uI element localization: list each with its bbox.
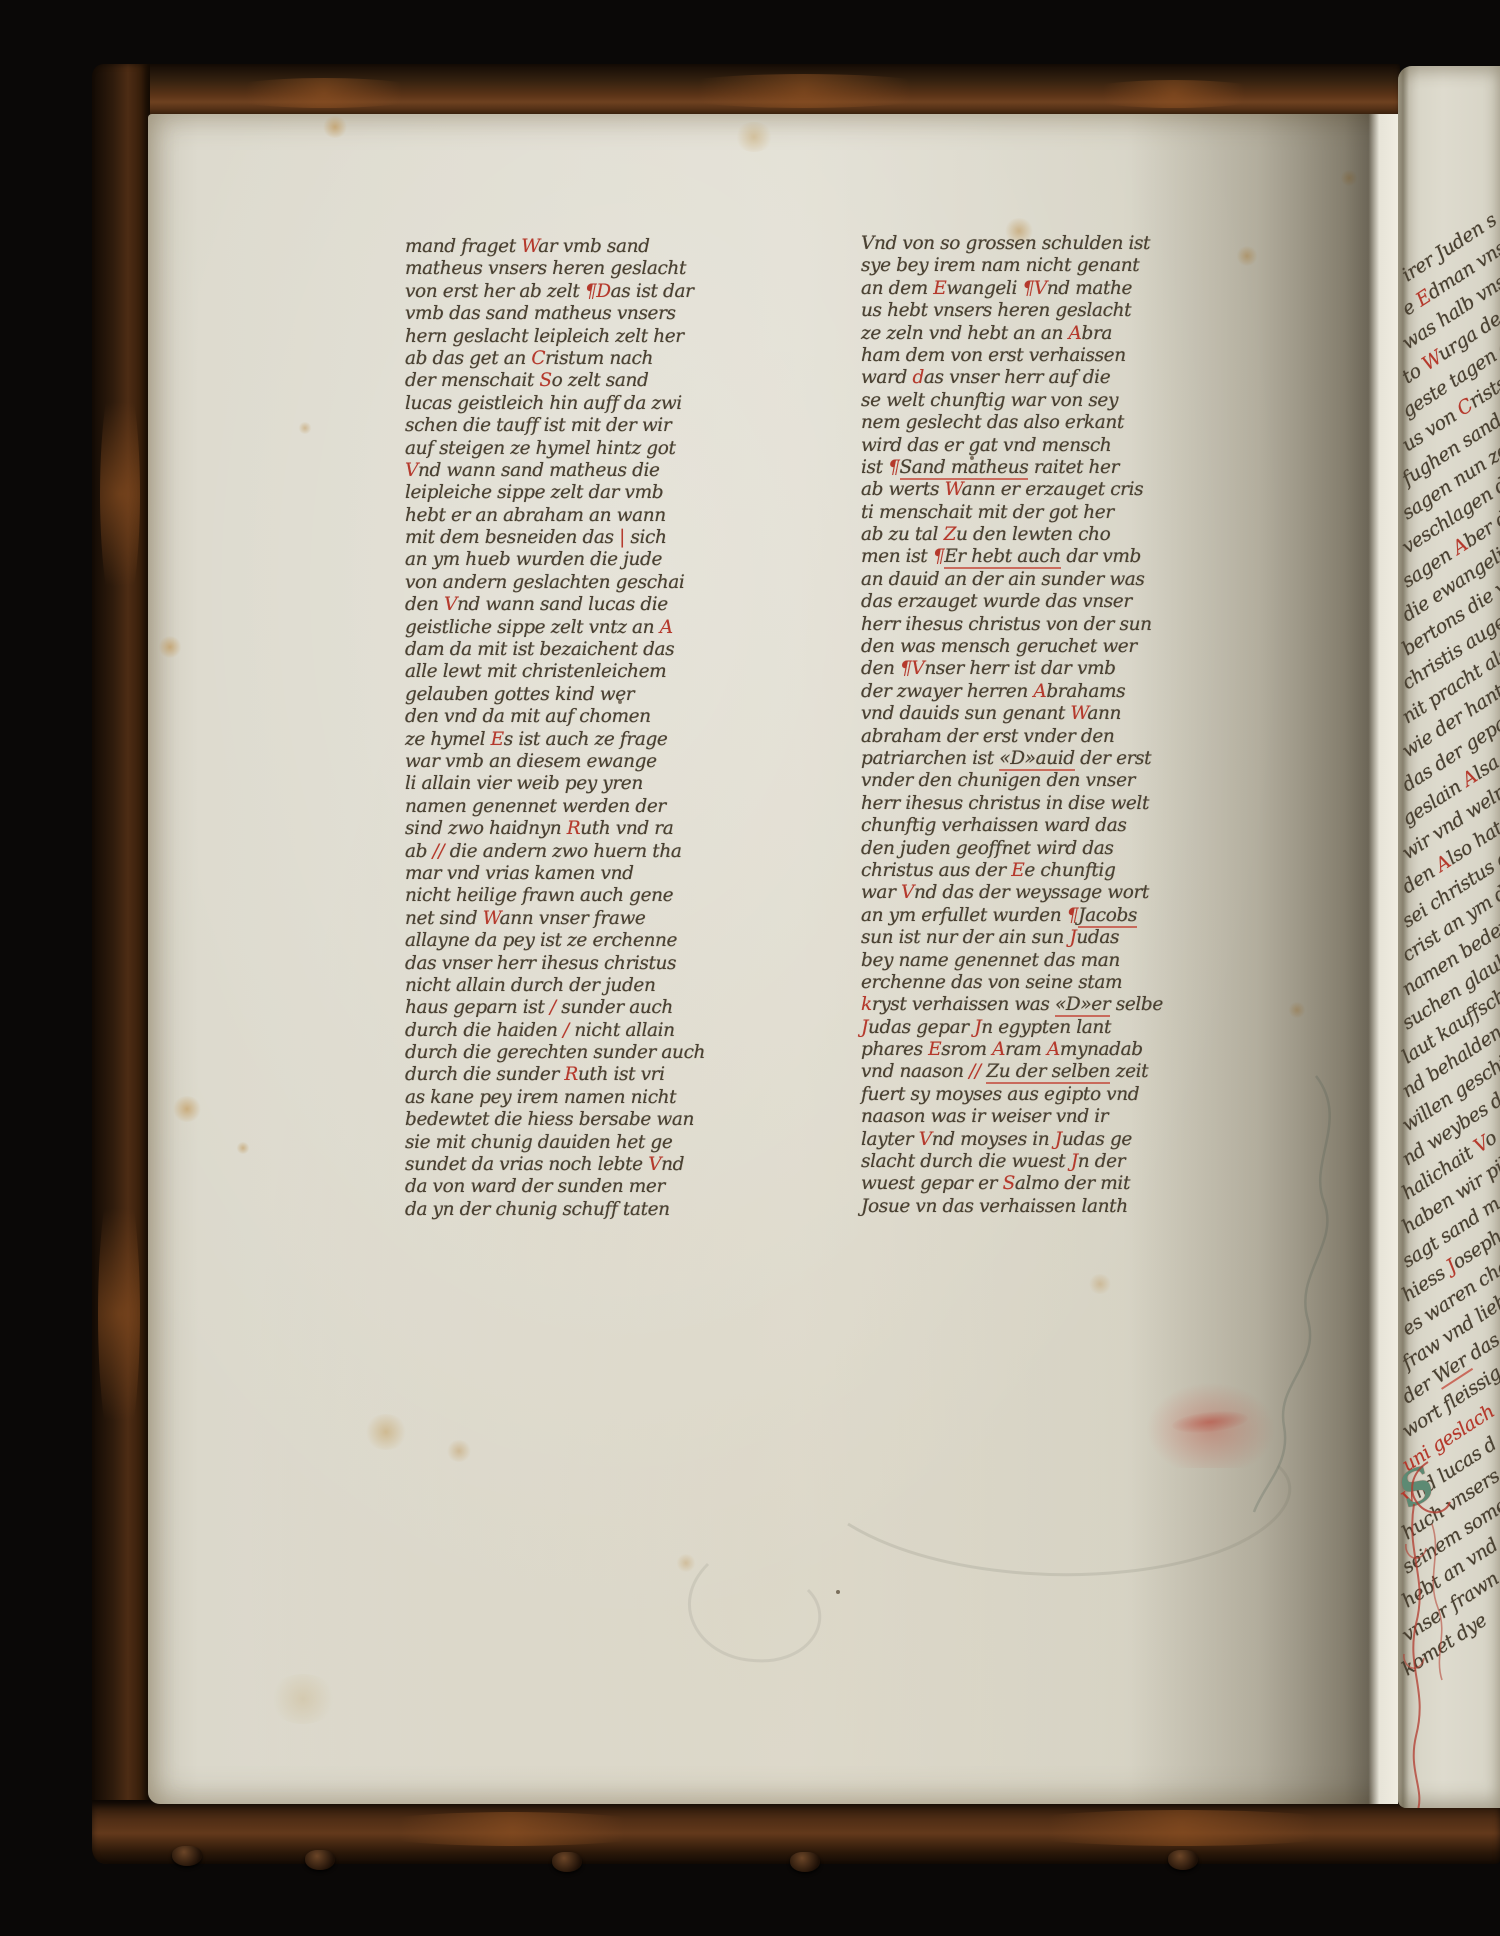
manuscript-line: allayne da pey ist ze erchenne [405, 930, 673, 952]
ink-speck [836, 1590, 840, 1594]
manuscript-line: haus geparn ist / sunder auch [405, 997, 673, 1019]
manuscript-line: fuert sy moyses aus egipto vnd [861, 1084, 1161, 1106]
manuscript-line: ti menschait mit der got her [861, 502, 1161, 524]
manuscript-line: nicht allain durch der juden [405, 975, 673, 997]
manuscript-line: von andern geslachten geschai [405, 572, 673, 594]
manuscript-line: mar vnd vrias kamen vnd [405, 863, 673, 885]
next-leaf: irer Juden se Edman vnswas halb vnsto Wu… [1398, 66, 1500, 1808]
manuscript-line: war Vnd das der weyssage wort [861, 882, 1161, 904]
manuscript-line: der menschait So zelt sand [405, 370, 673, 392]
manuscript-line: christus aus der Ee chunftig [861, 860, 1161, 882]
manuscript-line: patriarchen ist «D»auid der erst [861, 748, 1161, 770]
manuscript-line: us hebt vnsers heren geslacht [861, 300, 1161, 322]
manuscript-line: den vnd da mit auf chomen [405, 706, 673, 728]
manuscript-line: sind zwo haidnyn Ruth vnd ra [405, 818, 673, 840]
manuscript-line: den Vnd wann sand lucas die [405, 594, 673, 616]
manuscript-line: geistliche sippe zelt vntz an A [405, 617, 673, 639]
manuscript-line: leipleiche sippe zelt dar vmb [405, 482, 673, 504]
manuscript-photo: mand fraget War vmb sandmatheus vnsers h… [0, 0, 1500, 1936]
manuscript-line: as kane pey irem namen nicht [405, 1087, 673, 1109]
manuscript-line: ze hymel Es ist auch ze frage [405, 729, 673, 751]
leather-rust-patch [352, 1812, 672, 1846]
manuscript-line: chunftig verhaissen ward das [861, 815, 1161, 837]
manuscript-line: ab werts Wann er erzauget cris [861, 479, 1161, 501]
manuscript-line: den was mensch geruchet wer [861, 636, 1161, 658]
binding-boss [790, 1852, 820, 1872]
foxing-stain [236, 1142, 250, 1154]
manuscript-line: an dem Ewangeli ¶Vnd mathe [861, 278, 1161, 300]
text-column-right: Vnd von so grossen schulden istsye bey i… [861, 233, 1161, 1218]
leather-rust-patch [214, 78, 434, 108]
foxing-stain [322, 116, 348, 138]
manuscript-line: naason was ir weiser vnd ir [861, 1106, 1161, 1128]
manuscript-line: gelauben gottes kind wer [405, 684, 673, 706]
manuscript-line: ze zeln vnd hebt an an Abra [861, 323, 1161, 345]
manuscript-line: phares Esrom Aram Amynadab [861, 1039, 1161, 1061]
foxing-stain [298, 422, 312, 434]
manuscript-line: matheus vnsers heren geslacht [405, 258, 673, 280]
manuscript-line: ab das get an Cristum nach [405, 348, 673, 370]
manuscript-line: hern geslacht leipleich zelt her [405, 326, 673, 348]
leather-rust-patch [654, 74, 954, 108]
manuscript-line: durch die gerechten sunder auch [405, 1042, 673, 1064]
manuscript-line: das erzauget wurde das vnser [861, 591, 1161, 613]
leather-rust-patch [1074, 80, 1274, 108]
manuscript-line: sun ist nur der ain sun Judas [861, 927, 1161, 949]
manuscript-line: bey name genennet das man [861, 950, 1161, 972]
manuscript-line: war vmb an diesem ewange [405, 751, 673, 773]
foxing-stain [268, 1674, 338, 1724]
leather-rust-patch [100, 364, 140, 624]
manuscript-line: ward das vnser herr auf die [861, 367, 1161, 389]
manuscript-line: mit dem besneiden das | sich [405, 527, 673, 549]
foxing-stain [364, 1414, 408, 1450]
foxing-stain [1236, 246, 1258, 266]
manuscript-line: ab zu tal Zu den lewten cho [861, 524, 1161, 546]
red-smudge [1146, 1382, 1276, 1468]
manuscript-line: ab // die andern zwo huern tha [405, 841, 673, 863]
manuscript-line: abraham der erst vnder den [861, 726, 1161, 748]
manuscript-line: Judas gepar Jn egypten lant [861, 1017, 1161, 1039]
manuscript-line: nicht heilige frawn auch gene [405, 885, 673, 907]
manuscript-line: herr ihesus christus von der sun [861, 614, 1161, 636]
manuscript-line: mand fraget War vmb sand [405, 236, 673, 258]
manuscript-line: dam da mit ist bezaichent das [405, 639, 673, 661]
binding-boss [172, 1846, 202, 1866]
manuscript-line: net sind Wann vnser frawe [405, 908, 673, 930]
manuscript-line: Vnd wann sand matheus die [405, 460, 673, 482]
binding-left-edge [92, 64, 150, 1864]
manuscript-line: se welt chunftig war von sey [861, 390, 1161, 412]
manuscript-line: sye bey irem nam nicht genant [861, 255, 1161, 277]
manuscript-line: li allain vier weib pey yren [405, 773, 673, 795]
manuscript-page: mand fraget War vmb sandmatheus vnsers h… [148, 114, 1398, 1804]
foxing-stain [734, 122, 774, 152]
manuscript-line: layter Vnd moyses in Judas ge [861, 1129, 1161, 1151]
manuscript-line: alle lewt mit christenleichem [405, 661, 673, 683]
manuscript-line: da yn der chunig schuff taten [405, 1199, 673, 1221]
manuscript-line: schen die tauff ist mit der wir [405, 415, 673, 437]
manuscript-line: den ¶Vnser herr ist dar vmb [861, 658, 1161, 680]
manuscript-line: ist ¶Sand matheus raitet her [861, 457, 1161, 479]
manuscript-line: erchenne das von seine stam [861, 972, 1161, 994]
manuscript-line: durch die sunder Ruth ist vri [405, 1064, 673, 1086]
manuscript-line: auf steigen ze hymel hintz got [405, 438, 673, 460]
manuscript-line: von erst her ab zelt ¶Das ist dar [405, 281, 673, 303]
manuscript-line: nem geslecht das also erkant [861, 412, 1161, 434]
binding-boss [552, 1852, 582, 1872]
leather-rust-patch [992, 1810, 1372, 1846]
manuscript-line: sie mit chunig dauiden het ge [405, 1132, 673, 1154]
manuscript-line: das vnser herr ihesus christus [405, 953, 673, 975]
manuscript-line: lucas geistleich hin auff da zwi [405, 393, 673, 415]
foxing-stain [1288, 1002, 1306, 1018]
manuscript-line: wird das er gat vnd mensch [861, 435, 1161, 457]
margin-doodle [148, 114, 1398, 1804]
foxing-stain [1088, 1274, 1112, 1294]
manuscript-line: vnd dauids sun genant Wann [861, 703, 1161, 725]
leather-rust-patch [98, 1164, 140, 1464]
text-column-left: mand fraget War vmb sandmatheus vnsers h… [405, 236, 673, 1221]
foxing-stain [158, 636, 182, 658]
manuscript-line: sundet da vrias noch lebte Vnd [405, 1154, 673, 1176]
manuscript-line: vnder den chunigen den vnser [861, 770, 1161, 792]
manuscript-line: bedewtet die hiess bersabe wan [405, 1109, 673, 1131]
manuscript-line: herr ihesus christus in dise welt [861, 793, 1161, 815]
manuscript-line: vnd naason // Zu der selben zeit [861, 1061, 1161, 1083]
foxing-stain [446, 1440, 472, 1462]
manuscript-line: men ist ¶Er hebt auch dar vmb [861, 546, 1161, 568]
manuscript-line: den juden geoffnet wird das [861, 838, 1161, 860]
binding-top-edge [94, 64, 1400, 120]
binding-boss [305, 1850, 335, 1870]
manuscript-line: Josue vn das verhaissen lanth [861, 1196, 1161, 1218]
binding-boss [1168, 1850, 1198, 1870]
manuscript-line: namen genennet werden der [405, 796, 673, 818]
manuscript-line: hebt er an abraham an wann [405, 505, 673, 527]
manuscript-line: an ym erfullet wurden ¶Jacobs [861, 905, 1161, 927]
foxing-stain [676, 1554, 696, 1572]
manuscript-line: vmb das sand matheus vnsers [405, 303, 673, 325]
manuscript-line: da von ward der sunden mer [405, 1176, 673, 1198]
manuscript-line: an dauid an der ain sunder was [861, 569, 1161, 591]
manuscript-line: Vnd von so grossen schulden ist [861, 233, 1161, 255]
foxing-stain [172, 1096, 202, 1122]
manuscript-line: slacht durch die wuest Jn der [861, 1151, 1161, 1173]
manuscript-line: ham dem von erst verhaissen [861, 345, 1161, 367]
foxing-stain [1340, 170, 1358, 186]
manuscript-line: durch die haiden / nicht allain [405, 1020, 673, 1042]
manuscript-line: wuest gepar er Salmo der mit [861, 1173, 1161, 1195]
manuscript-line: kryst verhaissen was «D»er selbe [861, 994, 1161, 1016]
manuscript-line: an ym hueb wurden die jude [405, 549, 673, 571]
manuscript-line: der zwayer herren Abrahams [861, 681, 1161, 703]
